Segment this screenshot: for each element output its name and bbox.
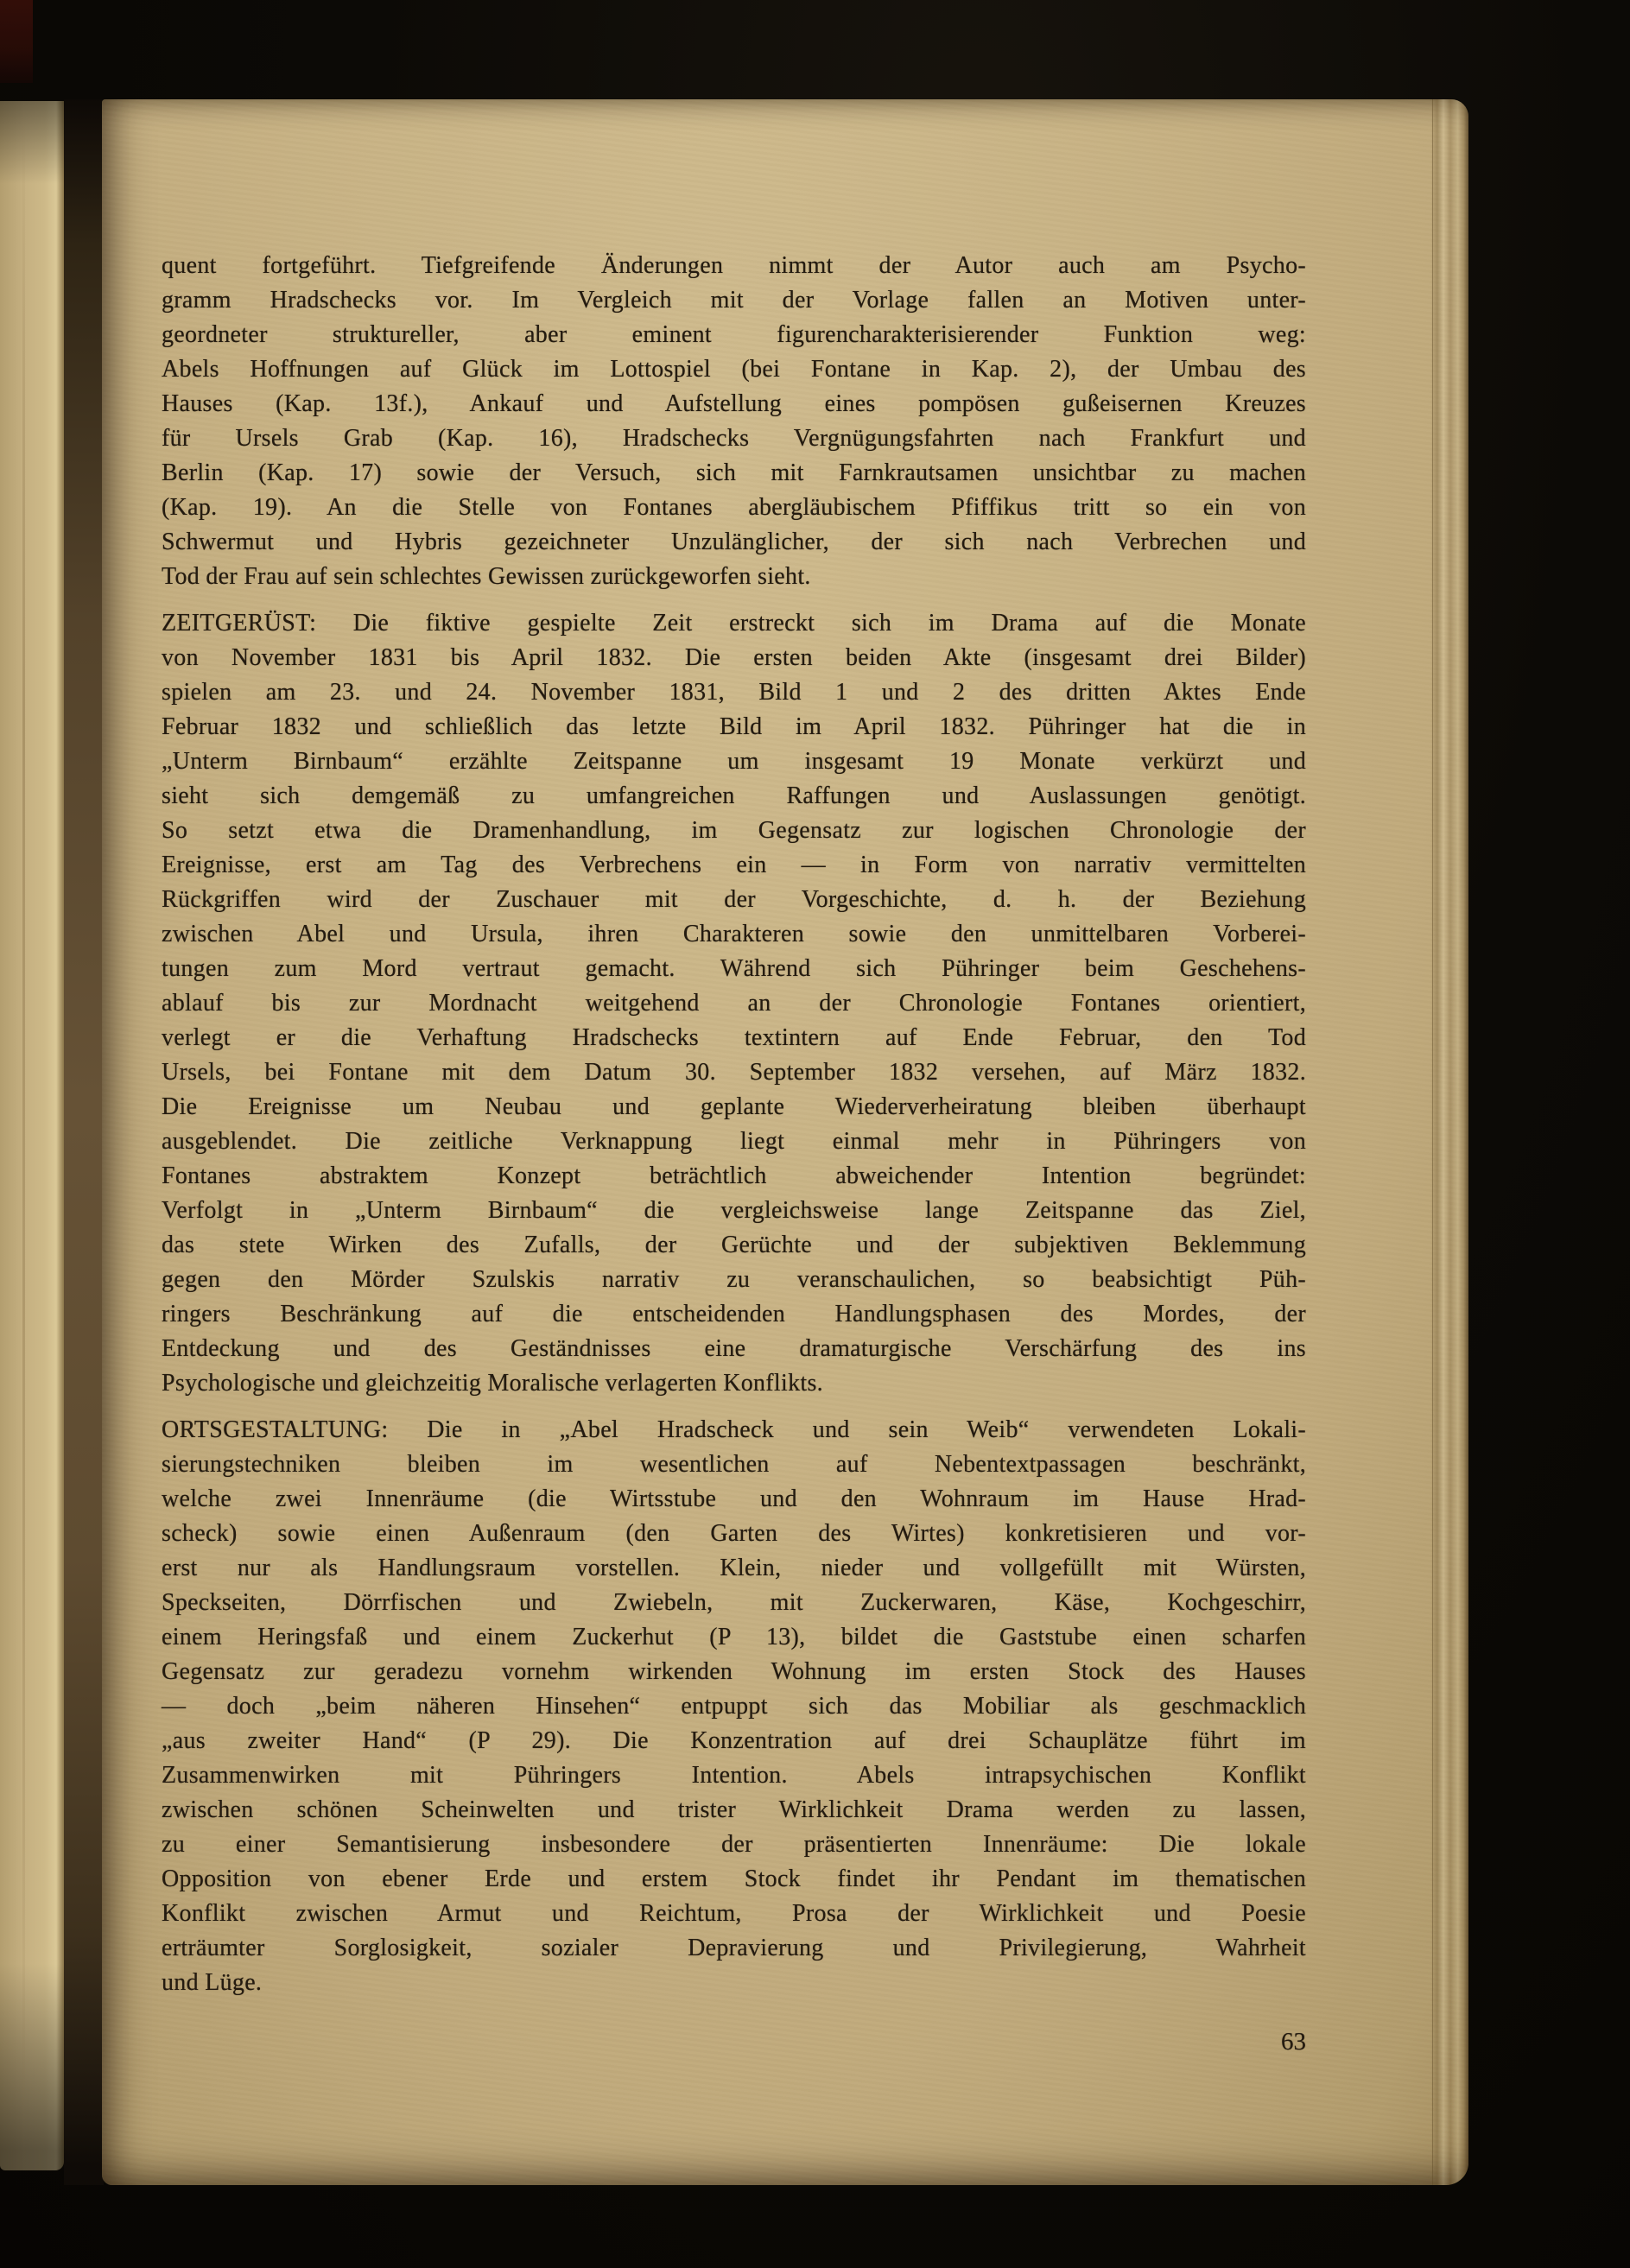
page-edge-crease (22, 101, 25, 2170)
text-line: Gegensatz zur geradezu vornehm wirkenden… (162, 1655, 1306, 1689)
text-line: zwischen schönen Scheinwelten und triste… (162, 1793, 1306, 1828)
text-line: sieht sich demgemäß zu umfangreichen Raf… (162, 779, 1306, 814)
text-line: „Unterm Birnbaum“ erzählte Zeitspanne um… (162, 744, 1306, 779)
text-line: Verfolgt in „Unterm Birnbaum“ die vergle… (162, 1194, 1306, 1228)
page-number: 63 (162, 2028, 1306, 2056)
text-line: ablauf bis zur Mordnacht weitgehend an d… (162, 986, 1306, 1021)
text-line: Entdeckung und des Geständnisses eine dr… (162, 1332, 1306, 1366)
text-line: Hauses (Kap. 13f.), Ankauf und Aufstellu… (162, 387, 1306, 421)
text-line: Schwermut und Hybris gezeichneter Unzulä… (162, 525, 1306, 560)
text-line: Speckseiten, Dörrfischen und Zwiebeln, m… (162, 1586, 1306, 1620)
gutter-shadow (64, 99, 104, 2185)
text-line: erträumter Sorglosigkeit, sozialer Depra… (162, 1931, 1306, 1966)
text-line: tungen zum Mord vertraut gemacht. Währen… (162, 952, 1306, 986)
text-line: ringers Beschränkung auf die entscheiden… (162, 1297, 1306, 1332)
text-line: ausgeblendet. Die zeitliche Verknappung … (162, 1124, 1306, 1159)
text-line: erst nur als Handlungsraum vorstellen. K… (162, 1551, 1306, 1586)
text-line: Psychologische und gleichzeitig Moralisc… (162, 1366, 1306, 1401)
text-line: Tod der Frau auf sein schlechtes Gewisse… (162, 560, 1306, 594)
page-fold-line (1432, 99, 1433, 2185)
text-line: geordneter struktureller, aber eminent f… (162, 318, 1306, 352)
text-line: (Kap. 19). An die Stelle von Fontanes ab… (162, 491, 1306, 525)
scan-background: quent fortgeführt. Tiefgreifende Änderun… (0, 0, 1630, 2268)
text-line: und Lüge. (162, 1966, 1306, 2000)
text-line: gegen den Mörder Szulskis narrativ zu ve… (162, 1263, 1306, 1297)
text-line: Konflikt zwischen Armut und Reichtum, Pr… (162, 1897, 1306, 1931)
text-line: Fontanes abstraktem Konzept beträchtlich… (162, 1159, 1306, 1194)
text-line: für Ursels Grab (Kap. 16), Hradschecks V… (162, 421, 1306, 456)
text-line: Ereignisse, erst am Tag des Verbrechens … (162, 848, 1306, 883)
text-line: scheck) sowie einen Außenraum (den Garte… (162, 1517, 1306, 1551)
text-line: So setzt etwa die Dramenhandlung, im Geg… (162, 814, 1306, 848)
text-line: ZEITGERÜST: Die fiktive gespielte Zeit e… (162, 606, 1306, 641)
text-line: Rückgriffen wird der Zuschauer mit der V… (162, 883, 1306, 917)
text-line: verlegt er die Verhaftung Hradschecks te… (162, 1021, 1306, 1055)
text-line: einem Heringsfaß und einem Zuckerhut (P … (162, 1620, 1306, 1655)
text-line: gramm Hradschecks vor. Im Vergleich mit … (162, 283, 1306, 318)
text-line: sierungstechniken bleiben im wesentliche… (162, 1448, 1306, 1482)
book-page: quent fortgeführt. Tiefgreifende Änderun… (102, 99, 1468, 2185)
text-line: zwischen Abel und Ursula, ihren Charakte… (162, 917, 1306, 952)
text-line: Opposition von ebener Erde und erstem St… (162, 1862, 1306, 1897)
text-line: Ursels, bei Fontane mit dem Datum 30. Se… (162, 1055, 1306, 1090)
text-line: von November 1831 bis April 1832. Die er… (162, 641, 1306, 675)
text-line: Die Ereignisse um Neubau und geplante Wi… (162, 1090, 1306, 1124)
paragraph: quent fortgeführt. Tiefgreifende Änderun… (162, 249, 1306, 594)
text-line: — doch „beim näheren Hinsehen“ entpuppt … (162, 1689, 1306, 1724)
paragraph: ZEITGERÜST: Die fiktive gespielte Zeit e… (162, 606, 1306, 1401)
text-line: Februar 1832 und schließlich das letzte … (162, 710, 1306, 744)
corner-mark (0, 0, 33, 83)
text-line: das stete Wirken des Zufalls, der Gerüch… (162, 1228, 1306, 1263)
text-line: quent fortgeführt. Tiefgreifende Änderun… (162, 249, 1306, 283)
page-text: quent fortgeführt. Tiefgreifende Änderun… (162, 249, 1306, 2000)
text-line: welche zwei Innenräume (die Wirtsstube u… (162, 1482, 1306, 1517)
previous-page-edge (0, 101, 64, 2170)
text-line: spielen am 23. und 24. November 1831, Bi… (162, 675, 1306, 710)
text-line: Berlin (Kap. 17) sowie der Versuch, sich… (162, 456, 1306, 491)
text-line: ORTSGESTALTUNG: Die in „Abel Hradscheck … (162, 1413, 1306, 1448)
paragraph: ORTSGESTALTUNG: Die in „Abel Hradscheck … (162, 1413, 1306, 2000)
text-line: Abels Hoffnungen auf Glück im Lottospiel… (162, 352, 1306, 387)
page-right-edge (1430, 99, 1468, 2185)
text-line: Zusammenwirken mit Pühringers Intention.… (162, 1758, 1306, 1793)
text-line: zu einer Semantisierung insbesondere der… (162, 1828, 1306, 1862)
text-line: „aus zweiter Hand“ (P 29). Die Konzentra… (162, 1724, 1306, 1758)
